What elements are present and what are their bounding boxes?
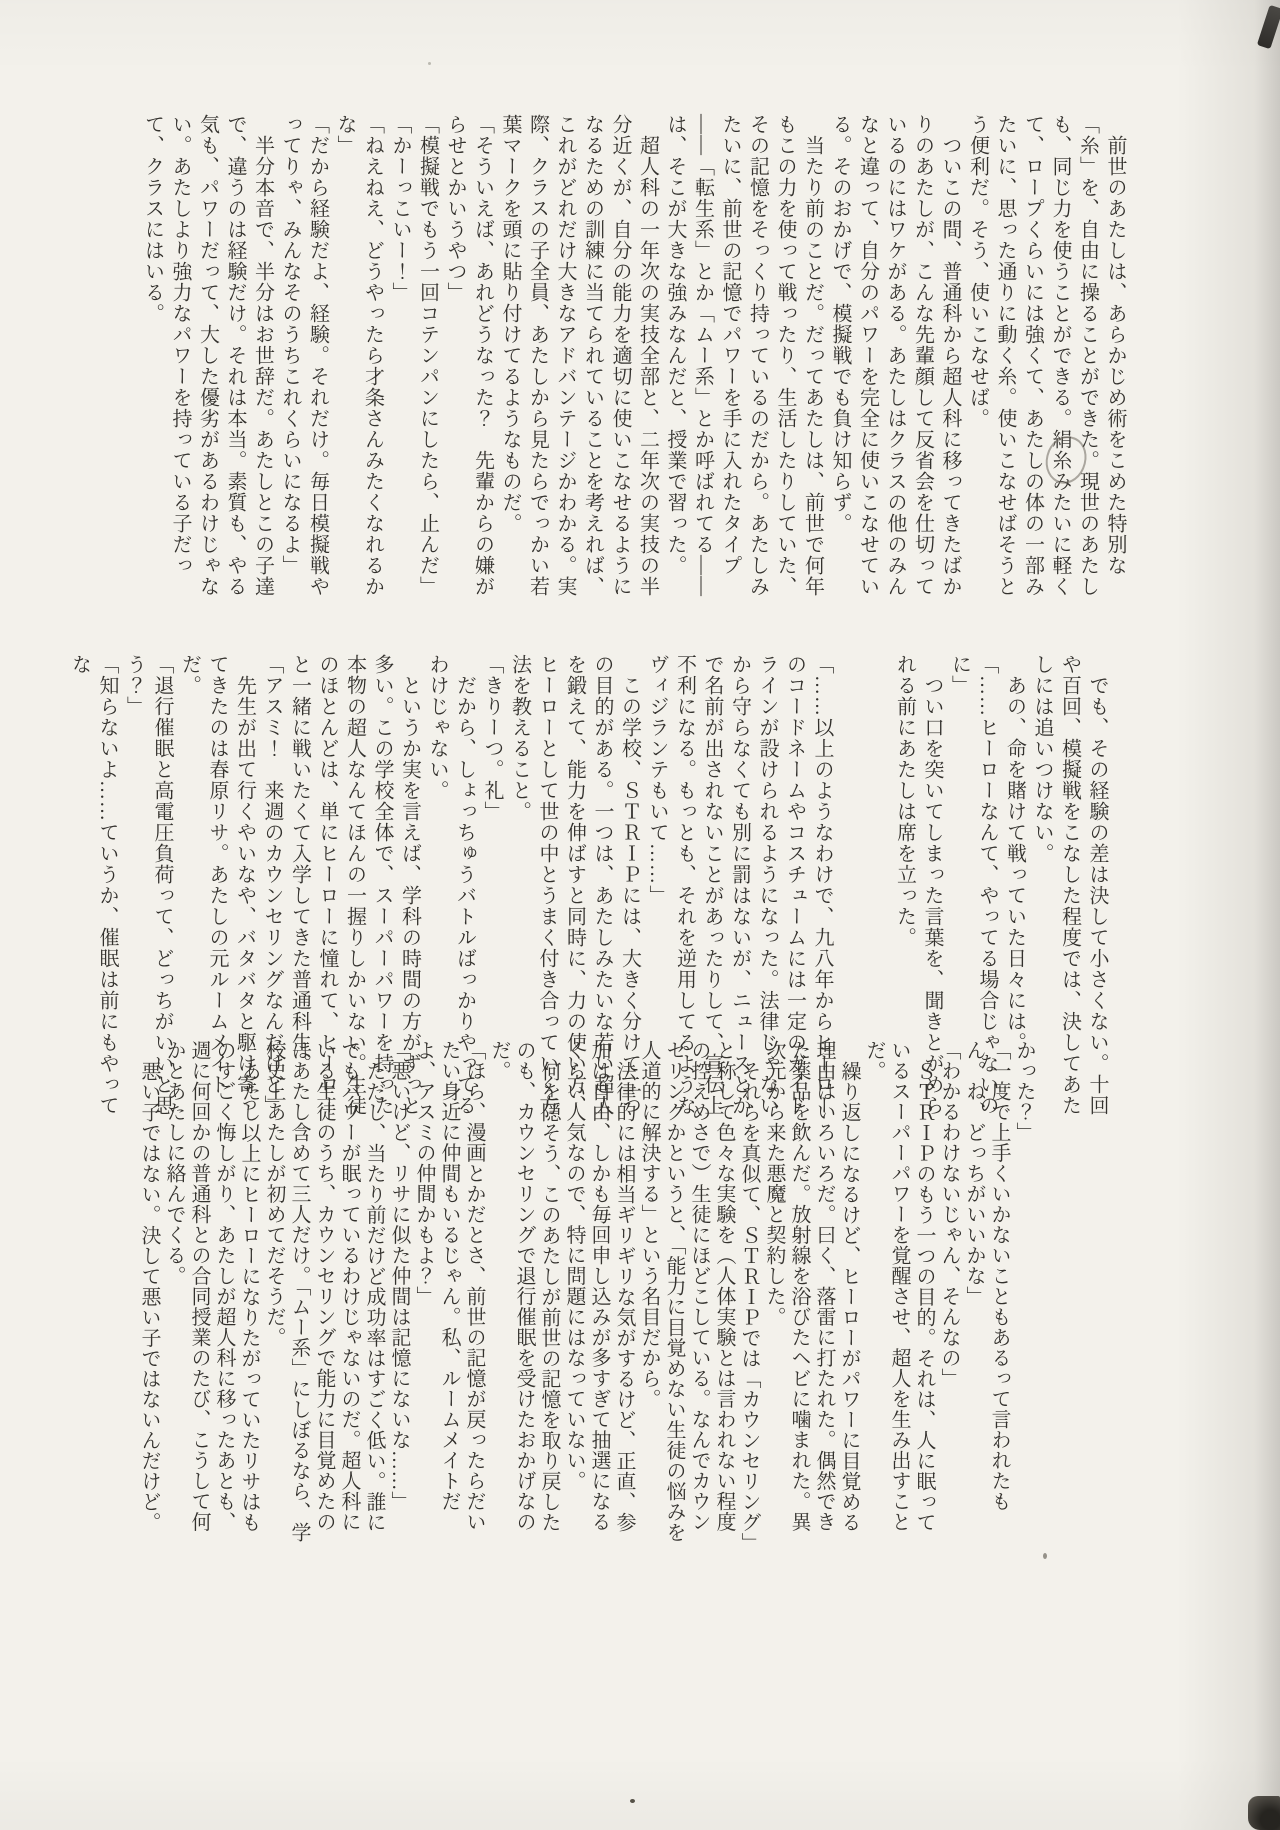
paragraph: 超人科の一年次の実技全部と、二年次の実技の半分近くが、自分の能力を適切に使いこな… bbox=[496, 114, 661, 598]
paragraph: 前世のあたしは、あらかじめ術をこめた特別な「糸」を、自由に操ることができた。現世… bbox=[963, 114, 1128, 598]
paragraph: 「模擬戦でもう一回コテンパンにしたら、止んだ」 bbox=[413, 114, 441, 598]
paragraph: 「ねえねえ、どうやったら才条さんみたくなれるかな」 bbox=[331, 114, 386, 598]
paragraph: 「そういえば、あれどうなった？ 先輩からの嫌がらせとかいうやつ」 bbox=[441, 114, 496, 598]
scan-artifact-top-right bbox=[1257, 5, 1280, 49]
paragraph: 当たり前のことだ。だってあたしは、前世で何年もこの力を使って戦ったり、生活したり… bbox=[661, 114, 826, 598]
scan-speck bbox=[630, 1799, 635, 1803]
paragraph: 「一度で上手くいかないこともあるって言われたもん。ね、どっちがいいかな」 bbox=[961, 1040, 1011, 1545]
paragraph: ただし、当たり前だけど成功率はすごく低い。誰にでもパワーが眠っているわけじゃない… bbox=[261, 1040, 386, 1545]
scan-speck bbox=[1043, 1553, 1047, 1559]
scan-artifact-bottom-right bbox=[1248, 1796, 1280, 1830]
paragraph: 「知らないよ……ていうか、催眠は前にもやってな bbox=[65, 654, 120, 1134]
scanned-page: { "page": { "kind": "scanned novel galle… bbox=[0, 0, 1280, 1830]
paragraph: でも、その経験の差は決して小さくない。十回や百回、模擬戦をこなした程度では、決し… bbox=[1028, 654, 1111, 1134]
paragraph: 「かーっこいー！」 bbox=[386, 114, 414, 598]
paragraph: あたし以上にヒーローになりたがっていたリサはものすごく悔しがり、あたしが超人科に… bbox=[161, 1040, 261, 1545]
paragraph: ＳＴＲＩＰのもう一つの目的。それは、人に眠っているスーパーパワーを覚醒させ、超人… bbox=[861, 1040, 936, 1545]
paragraph: 半分本音で、半分はお世辞だ。あたしとこの子達で、違うのは経験だけ。それは本当。素… bbox=[138, 114, 276, 598]
paragraph: 「わかるわけないじゃん、そんなの」 bbox=[936, 1040, 961, 1545]
paragraph: ついこの間、普通科から超人科に移ってきたばかりのあたしが、こんな先輩顔して反省会… bbox=[826, 114, 964, 598]
paragraph: 法律的には相当ギリギリな気がするけど、正直、参加は自由、しかも毎回申し込みが多す… bbox=[561, 1040, 636, 1545]
scan-speck bbox=[428, 62, 431, 65]
paragraph: 何を隠そう、このあたしが前世の記憶を取り戻したのも、カウンセリングで退行催眠を受… bbox=[486, 1040, 561, 1545]
paragraph: 悪い子ではない。決して悪い子ではないんだけど。 bbox=[136, 1040, 161, 1545]
paragraph: 繰り返しになるけど、ヒーローがパワーに目覚める理由はいろいろだ。曰く、落雷に打た… bbox=[761, 1040, 861, 1545]
text-band-bottom: かった？」「一度で上手くいかないこともあるって言われたもん。ね、どっちがいいかな… bbox=[136, 1040, 1036, 1545]
paragraph: 「悪いけど、リサに似た仲間は記憶にないな……」 bbox=[386, 1040, 411, 1545]
text-band-top: 前世のあたしは、あらかじめ術をこめた特別な「糸」を、自由に操ることができた。現世… bbox=[138, 114, 1128, 598]
paragraph: 「だから経験だよ、経験。それだけ。毎日模擬戦やってりゃ、みんなそのうちこれくらい… bbox=[276, 114, 331, 598]
paragraph: 「ほら、漫画とかだとさ、前世の記憶が戻ったらだいたい身近に仲間もいるじゃん。私、… bbox=[411, 1040, 486, 1545]
paragraph: かった？」 bbox=[1011, 1040, 1036, 1545]
paragraph: それらを真似て、ＳＴＲＩＰでは「カウンセリング」と称して色々な実験を（人体実験と… bbox=[636, 1040, 761, 1545]
